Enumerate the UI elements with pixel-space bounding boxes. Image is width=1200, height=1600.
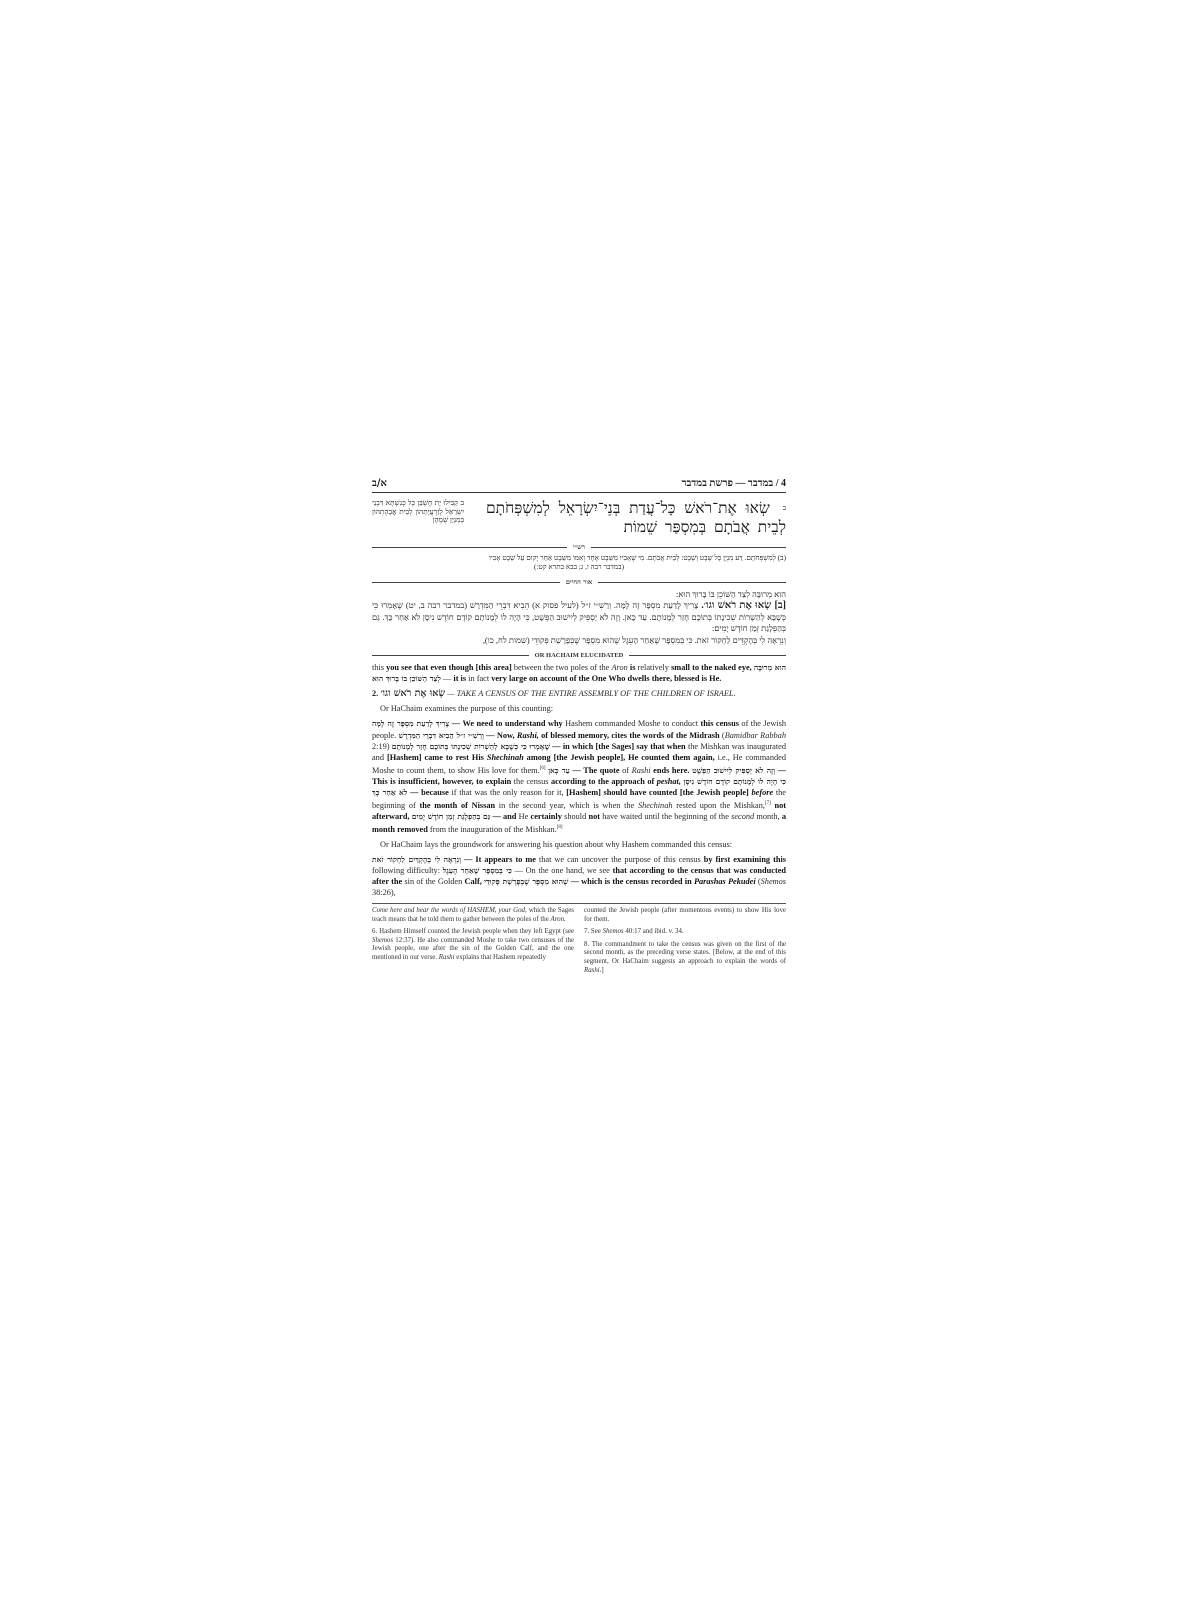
ohc-paragraph-2: וְנִרְאֶה לִי בְּהֶקְדֵּים לַחְקוֹר זֹאת… [372,635,786,646]
rashi-text: (ב) לְמִשְׁפְּחֹתָם. דַּע מִנְיַן כָּל ש… [372,554,786,563]
rashi-divider: רש״י [372,543,786,551]
ohc-paragraph: [ב] שְׂאוּ אֶת רֹאשׁ וגו׳. צָרִיךְ לָדַע… [372,600,786,634]
footnotes: Come here and hear the words of HASHEM, … [372,907,786,979]
elucidated-header: OR HACHAIM ELUCIDATED [535,652,624,659]
running-head: א/ב 4 / במדבר — פרשת במדבר [372,478,786,493]
rashi-commentary: (ב) לְמִשְׁפְּחֹתָם. דַּע מִנְיַן כָּל ש… [372,554,786,572]
chapter-verse-marker: א/ב [372,478,387,489]
elucidation-para-3: וְנִרְאֶה לִי בְּהֶקְדֵּים לַחְקוֹר זֹאת… [372,854,786,898]
elucidated-divider: OR HACHAIM ELUCIDATED [372,652,786,659]
torah-verse: ב שְׂאוּ אֶת־רֹאשׁ כָּל־עֲדַת בְּנֵי־יִש… [486,499,786,537]
or-hachaim-divider: אור החיים [372,578,786,586]
targum-onkelos: ב קַבִּילוּ יָת חֻשְׁבַּן כָּל כְּנִשְׁת… [372,499,464,537]
elucidation-para-1: this you see that even though [this area… [372,662,786,684]
elucidation-verse-heading: 2. שְׂאוּ אֶת רֹאשׁ וגו׳ — TAKE A CENSUS… [372,688,786,699]
elucidation-intro-1: Or HaChaim examines the purpose of this … [372,703,786,714]
targum-text: קַבִּילוּ יָת חֻשְׁבַּן כָּל כְּנִשְׁתָּ… [372,498,464,524]
footnote-8: 8. The commandment to take the census wa… [584,941,786,975]
footnote-6-continuation: counted the Jewish people (after momento… [584,907,786,924]
or-hachaim-header: אור החיים [566,578,592,586]
elucidation-para-2: צָרִיךְ לָדַעַת מִסְפָּר זֶה לָמָּה — We… [372,718,786,834]
elucidation-intro-2: Or HaChaim lays the groundwork for answe… [372,839,786,850]
elucidation: this you see that even though [this area… [372,662,786,898]
verse-block: ב קַבִּילוּ יָת חֻשְׁבַּן כָּל כְּנִשְׁת… [372,499,786,537]
footnote-6: 6. Hashem Himself counted the Jewish peo… [372,928,574,962]
footnote-7: 7. See Shemos 40:17 and ibid. v. 34. [584,928,786,937]
book-page: א/ב 4 / במדבר — פרשת במדבר ב קַבִּילוּ י… [372,478,786,979]
or-hachaim-hebrew: הוא מְרוּבֶּה לְצַד הַשּׁוֹכֵן בּוֹ בָּר… [372,589,786,646]
page-number-and-book: 4 / במדבר — פרשת במדבר [682,478,786,489]
verse-text: שְׂאוּ אֶת־רֹאשׁ כָּל־עֲדַת בְּנֵי־יִשְׂ… [486,500,786,536]
footnotes-left-column: Come here and hear the words of HASHEM, … [372,907,574,979]
rashi-header: רש״י [573,543,585,551]
footnotes-right-column: counted the Jewish people (after momento… [584,907,786,979]
ohc-line1: הוא מְרוּבֶּה לְצַד הַשּׁוֹכֵן בּוֹ בָּר… [372,589,786,600]
rashi-source: (במדבר רבה ו, ג; בבא בתרא קט:) [372,563,786,572]
verse-number: ב [783,504,786,512]
ohc-lead: [ב] שְׂאוּ אֶת רֹאשׁ וגו׳. [701,600,786,611]
footnote-continuation: Come here and hear the words of HASHEM, … [372,907,574,924]
